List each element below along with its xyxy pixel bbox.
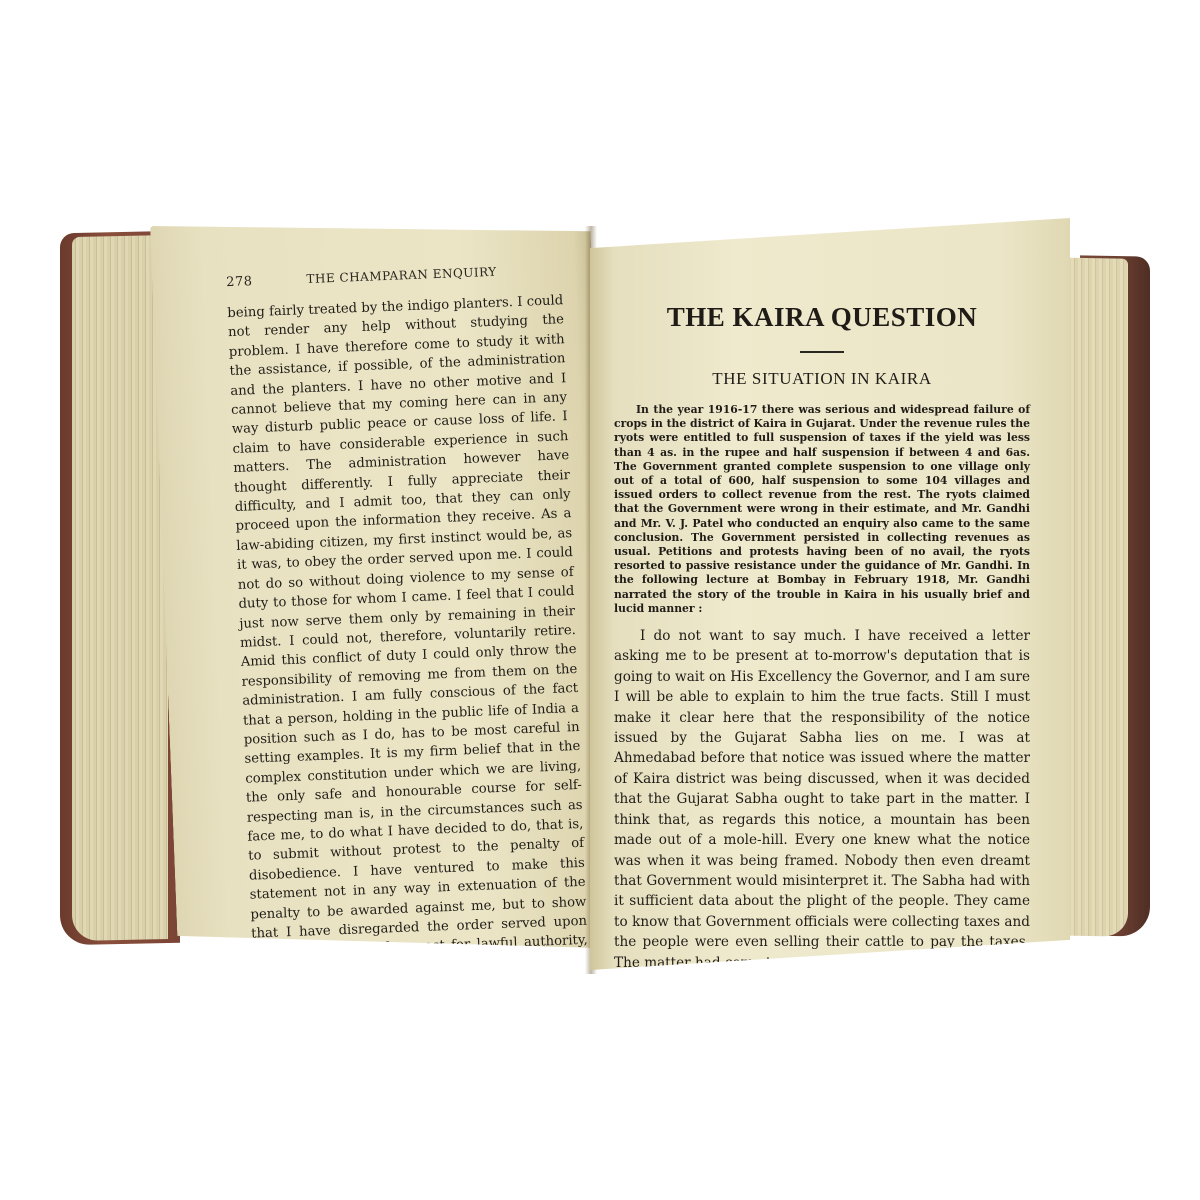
- editorial-note: Under instructions from higher authoriti…: [254, 999, 596, 1170]
- intro-paragraph: In the year 1916-17 there was serious an…: [614, 403, 1030, 616]
- left-page: 278 THE CHAMPARAN ENQUIRY being fairly t…: [150, 209, 618, 965]
- speech-paragraph: I do not want to say much. I have receiv…: [614, 626, 1030, 973]
- right-page: THE KAIRA QUESTION THE SITUATION IN KAIR…: [590, 218, 1070, 970]
- running-head: 278 THE CHAMPARAN ENQUIRY: [226, 262, 562, 290]
- running-head-title: THE CHAMPARAN ENQUIRY: [306, 265, 497, 286]
- chapter-title: THE KAIRA QUESTION: [614, 302, 1030, 333]
- body-paragraph: being fairly treated by the indigo plant…: [227, 291, 590, 1002]
- page-block-edge-left: [72, 235, 168, 941]
- title-rule: [800, 351, 844, 353]
- page-number: 278: [226, 274, 253, 290]
- section-title: THE SITUATION IN KAIRA: [614, 369, 1030, 389]
- left-page-body: being fairly treated by the indigo plant…: [227, 291, 590, 1002]
